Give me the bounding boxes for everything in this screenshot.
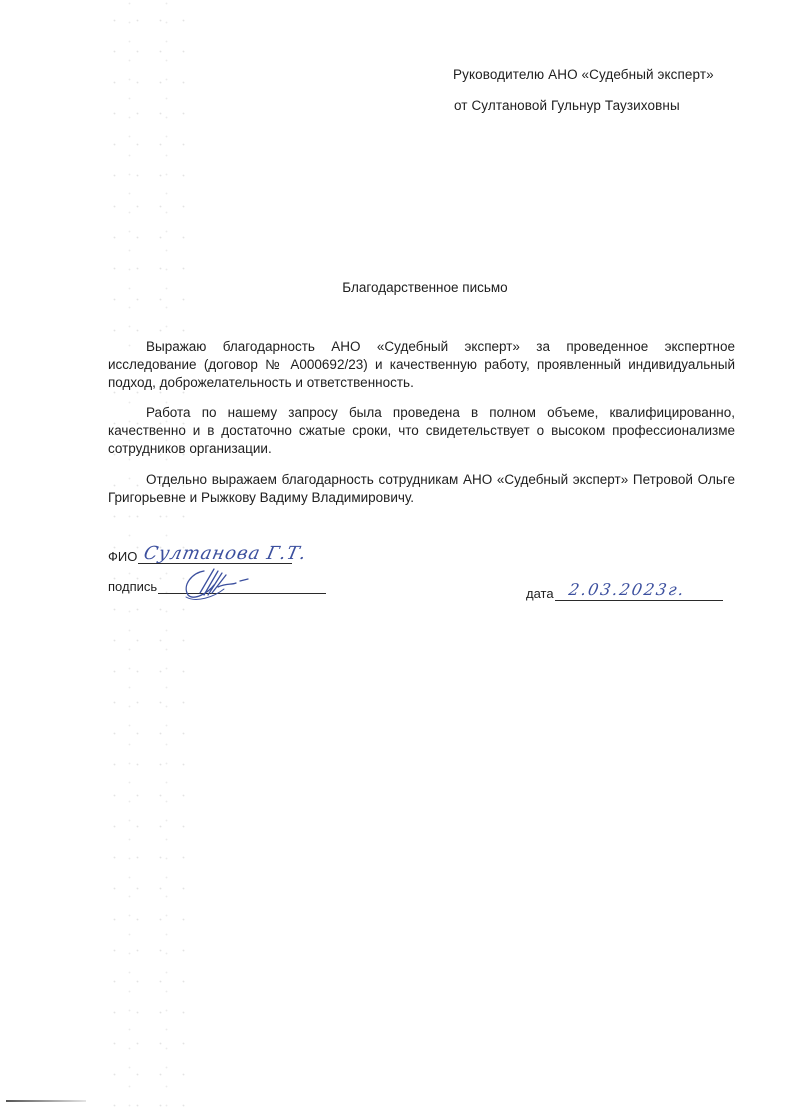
- fio-line: Султанова Г.Т.: [138, 547, 292, 564]
- addressee-recipient: Руководителю АНО «Судебный эксперт»: [453, 67, 714, 82]
- signature-label: подпись: [108, 579, 157, 594]
- paragraph-text: Отдельно выражаем благодарность сотрудни…: [108, 471, 735, 507]
- date-field: дата 2.03.2023г.: [526, 584, 723, 601]
- paragraph-gratitude: Выражаю благодарность АНО «Судебный эксп…: [108, 338, 735, 392]
- letter-title: Благодарственное письмо: [0, 280, 785, 295]
- letter-page: Руководителю АНО «Судебный эксперт» от С…: [0, 0, 785, 1113]
- paragraph-text: Работа по нашему запросу была проведена …: [108, 404, 735, 458]
- paragraph-staff-thanks: Отдельно выражаем благодарность сотрудни…: [108, 471, 735, 507]
- scan-edge-mark: [6, 1100, 86, 1102]
- fio-label: ФИО: [108, 549, 137, 564]
- date-label: дата: [526, 586, 554, 601]
- paragraph-work-quality: Работа по нашему запросу была проведена …: [108, 404, 735, 458]
- date-line: 2.03.2023г.: [555, 584, 723, 601]
- paragraph-text: Выражаю благодарность АНО «Судебный эксп…: [108, 338, 735, 392]
- addressee-sender: от Султановой Гульнур Таузиховны: [454, 98, 680, 113]
- fio-handwritten-value: Султанова Г.Т.: [142, 543, 309, 564]
- signature-line: [158, 577, 326, 594]
- signature-field: подпись: [108, 577, 326, 594]
- date-handwritten-value: 2.03.2023г.: [567, 580, 687, 599]
- handwritten-signature-icon: [174, 563, 254, 603]
- fio-field: ФИО Султанова Г.Т.: [108, 547, 292, 564]
